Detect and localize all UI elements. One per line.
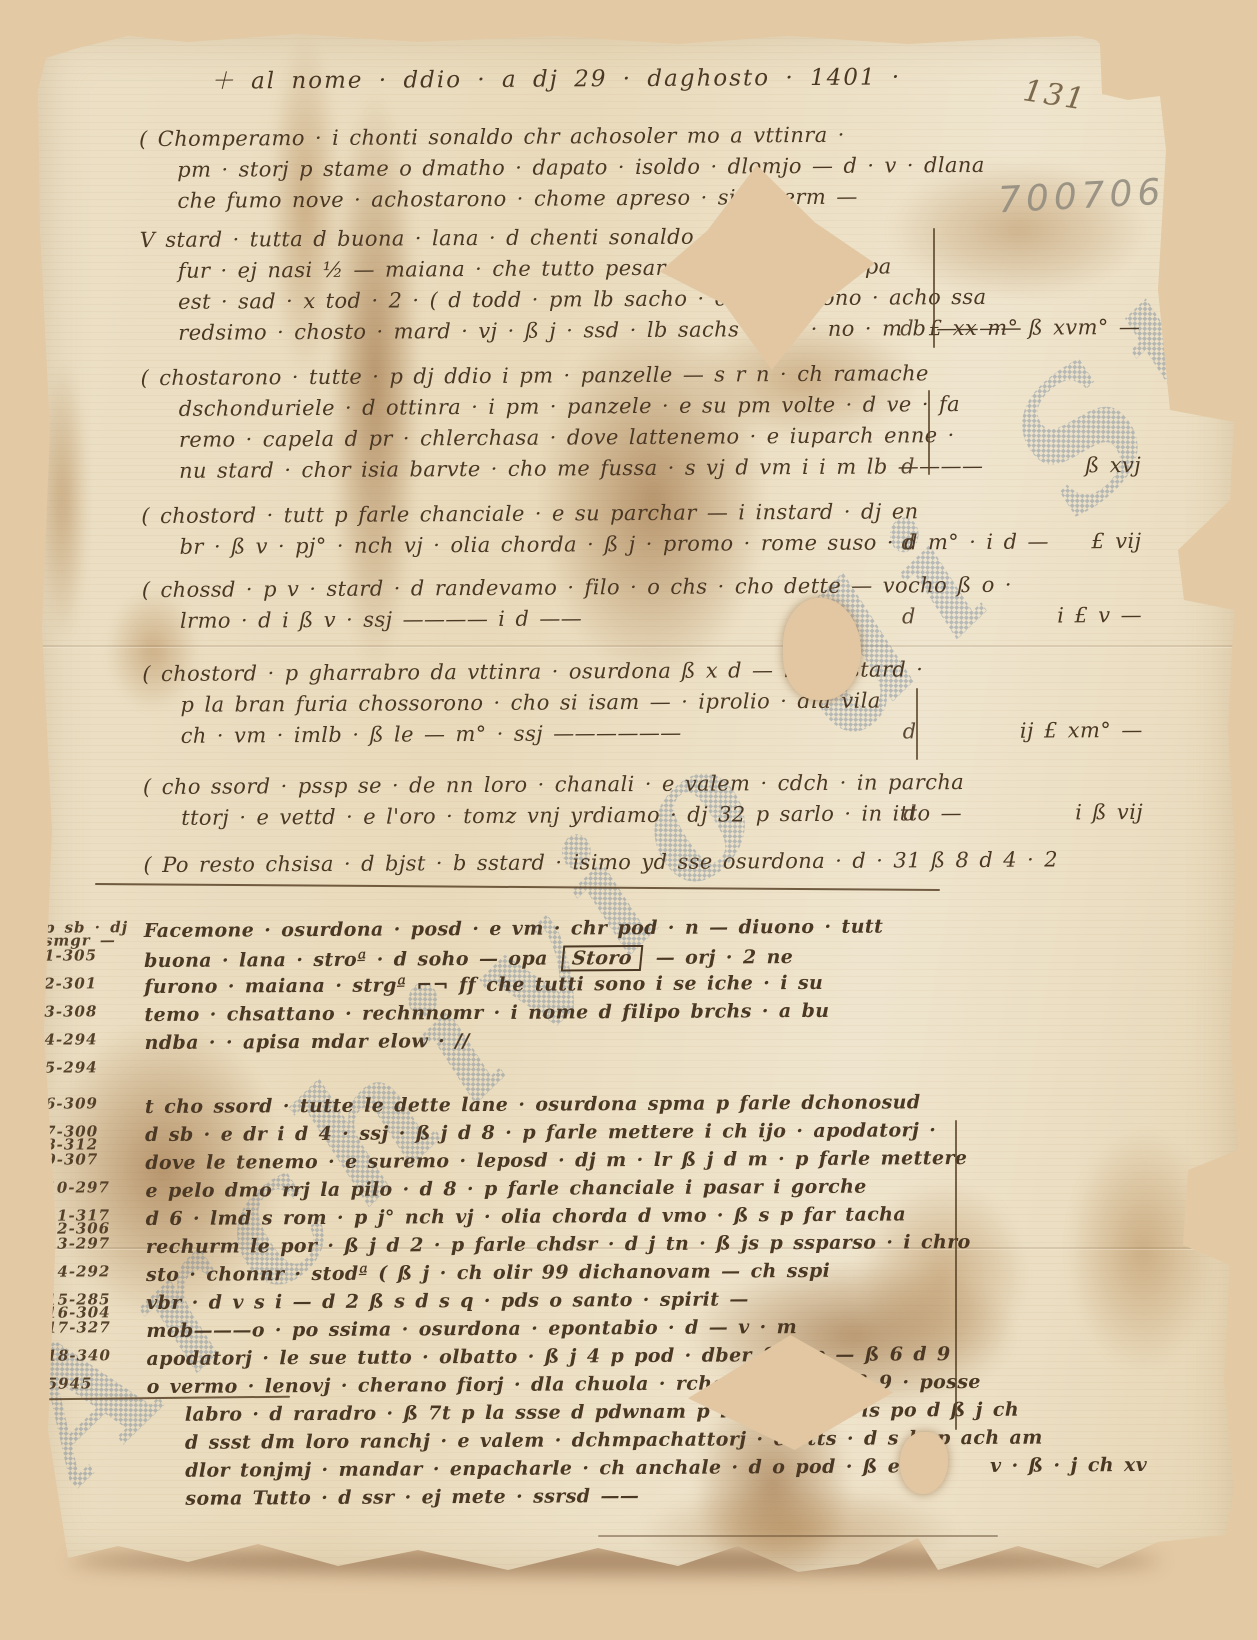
- amount: di £ v —: [902, 603, 1142, 628]
- margin-number: 14-292: [46, 1265, 142, 1279]
- handwritten-text: ttorj · e vettd · e l'oro · tomz vnj yrd…: [181, 801, 962, 830]
- handwritten-text: furono · maiana · strgª ⌐¬ ff che tutti …: [144, 972, 823, 998]
- denaro-mark: d: [903, 801, 917, 825]
- manuscript-line: ttorj · e vettd · e l'oro · tomz vnj yrd…: [143, 800, 1143, 837]
- lower-entries: p sb · dj smgr —Facemone · osurdona · po…: [144, 914, 1148, 1516]
- text-layer: ＋ al nome · ddio · a dj 29 · daghosto · …: [139, 49, 1148, 1516]
- handwritten-text: vbr · d v s i — d 2 ß s d s q · pds o sa…: [146, 1288, 749, 1314]
- handwritten-text: soma Tutto · d ssr · ej mete · ssrsd ——: [185, 1485, 639, 1510]
- amount-value: i £ v —: [1057, 603, 1142, 628]
- manuscript-line: soma Tutto · d ssr · ej mete · ssrsd ——: [147, 1482, 1147, 1516]
- handwritten-text: ( chostord · tutt p farle chanciale · e …: [141, 499, 918, 528]
- handwritten-text: sto · chonnr · stodª ( ß j · ch olir 99 …: [146, 1260, 830, 1286]
- denaro-mark: d: [903, 719, 917, 743]
- margin-number: 7-300 8-312: [45, 1125, 141, 1152]
- handwritten-text: pm · storj p stame o dmatho · dapato · i…: [177, 153, 985, 182]
- handwritten-text: ( chossd · p v · stard · d randevamo · f…: [142, 573, 1012, 602]
- denaro-mark: d: [901, 454, 915, 478]
- handwritten-text: dove le tenemo · e suremo · leposd · dj …: [145, 1147, 967, 1174]
- handwritten-text: V stard · tutta d buona · lana · d chent…: [140, 224, 726, 252]
- margin-number: 10-297: [45, 1181, 141, 1195]
- amount-value: ij £ xm° —: [1020, 718, 1143, 743]
- handwritten-text: e pelo dmo rrj la pilo · d 8 · p farle c…: [145, 1176, 866, 1202]
- denaro-mark: d: [902, 604, 916, 628]
- amount-value: i ß vij: [1075, 800, 1143, 824]
- handwritten-text: redsimo · chosto · mard · vj · ß j · ssd…: [178, 316, 1022, 345]
- amount-value: £ vij: [1091, 529, 1141, 553]
- ink-rule-line: [598, 1535, 998, 1537]
- storo-box: Storo: [561, 945, 643, 972]
- amount-value: ß xvj: [1085, 453, 1141, 477]
- margin-number: p sb · dj smgr —: [44, 921, 140, 948]
- margin-number: 11-317 12-306: [46, 1209, 142, 1236]
- handwritten-text: t cho ssord · tutte le dette lane · osur…: [145, 1091, 921, 1118]
- margin-number: 4-294: [45, 1033, 141, 1047]
- manuscript-photo: Archivio di Stato di Prato ＋ al nome · d…: [0, 0, 1257, 1640]
- amount-value: £ xx m° ß xvm° —: [929, 315, 1141, 340]
- margin-number: 17-327: [46, 1321, 142, 1335]
- amount-value: v · ß · j ch xv: [990, 1454, 1147, 1477]
- amount: d£ vij: [901, 529, 1141, 554]
- manuscript-line: che fumo nove · achostarono · chome apre…: [139, 183, 1139, 220]
- manuscript-line: nu stard · chor isia barvte · cho me fus…: [141, 453, 1141, 490]
- stain: [38, 360, 88, 640]
- date-header: ＋ al nome · ddio · a dj 29 · daghosto · …: [139, 57, 1139, 103]
- ink-bracket-line: [933, 228, 935, 348]
- handwritten-text: ( Chomperamo · i chonti sonaldo chr acho…: [139, 123, 845, 151]
- handwritten-text: ndba · · apisa mdar elow · //: [145, 1030, 470, 1054]
- margin-number: 5-294: [45, 1061, 141, 1075]
- pencil-inventory-number: 700706: [997, 172, 1166, 222]
- manuscript-line: redsimo · chosto · mard · vj · ß j · ssd…: [140, 315, 1140, 352]
- manuscript-line: lrmo · d i ß v · ssj ———— i d ——di £ v —: [142, 603, 1142, 640]
- handwritten-text: p la bran furia chossorono · cho si isam…: [180, 689, 880, 717]
- amount: dij £ xm° —: [903, 718, 1143, 743]
- handwritten-text: rechurm le por · ß j d 2 · p farle chdsr…: [146, 1231, 971, 1258]
- margin-number: 15-285 16-304: [46, 1293, 142, 1320]
- handwritten-text: remo · capela d pr · chlerchasa · dove l…: [179, 423, 955, 452]
- ink-bracket-line: [955, 1120, 957, 1430]
- margin-number: 5945: [47, 1377, 143, 1391]
- handwritten-text: mob———o · po ssima · osurdona · epontabi…: [146, 1316, 797, 1342]
- handwritten-text: est · sad · x tod · 2 · ( d todd · pm lb…: [178, 285, 987, 314]
- manuscript-line: br · ß v · pj° · nch vj · olia chorda · …: [141, 529, 1141, 566]
- manuscript-line: ch · vm · imlb · ß le — m° · ssj ——————d…: [143, 718, 1143, 755]
- upper-entries: ( Chomperamo · i chonti sonaldo chr acho…: [139, 121, 1144, 884]
- amount: dß xvj: [901, 453, 1141, 478]
- handwritten-text: ( Po resto chsisa · d bjst · b sstard · …: [143, 847, 1058, 877]
- handwritten-text: lrmo · d i ß v · ssj ———— i d ——: [180, 606, 582, 632]
- amount: d£ xx m° ß xvm° —: [900, 315, 1140, 340]
- denaro-mark: d: [901, 530, 915, 554]
- manuscript-line: 5-294: [145, 1054, 1145, 1088]
- handwritten-text: d 6 · lmd s rom · p j° nch vj · olia cho…: [146, 1203, 907, 1230]
- manuscript-paper: Archivio di Stato di Prato ＋ al nome · d…: [38, 30, 1238, 1572]
- denaro-mark: d: [900, 316, 914, 340]
- handwritten-text: d sb · e dr i d 4 · ssj · ß j d 8 · p fa…: [145, 1119, 936, 1146]
- manuscript-line: ( Po resto chsisa · d bjst · b sstard · …: [143, 847, 1143, 884]
- handwritten-text: ( chostarono · tutte · p dj ddio i pm · …: [140, 361, 928, 390]
- handwritten-text: dlor tonjmj · mandar · enpacharle · ch a…: [185, 1455, 944, 1482]
- paper-hole: [783, 598, 861, 700]
- handwritten-text: labro · d raradro · ß 7t p la ssse d pdw…: [185, 1399, 1019, 1426]
- handwritten-text: temo · chsattano · rechnnomr · i nome d …: [144, 1000, 829, 1026]
- margin-number: 2-301: [44, 977, 140, 991]
- amount: di ß vij: [903, 800, 1143, 825]
- handwritten-text: buona · lana · stroª · d soho — opa Stor…: [144, 946, 793, 972]
- ink-bracket-line: [916, 688, 918, 760]
- margin-number: 18-340: [46, 1349, 142, 1363]
- margin-number: 9-307: [45, 1153, 141, 1167]
- ink-bracket-line: [928, 390, 930, 475]
- margin-number: 13-297: [46, 1237, 142, 1251]
- handwritten-text: ( cho ssord · pssp se · de nn loro · cha…: [143, 770, 964, 799]
- handwritten-text: Facemone · osurdona · posd · e vm · chr …: [144, 916, 883, 943]
- margin-number: 1-305: [44, 949, 140, 963]
- handwritten-text: dschonduriele · d ottinra · i pm · panze…: [179, 392, 960, 421]
- margin-number: 3-308: [44, 1005, 140, 1019]
- handwritten-text: ch · vm · imlb · ß le — m° · ssj ——————: [181, 721, 682, 748]
- margin-number: 6-309: [45, 1097, 141, 1111]
- handwritten-text: nu stard · chor isia barvte · cho me fus…: [179, 454, 983, 483]
